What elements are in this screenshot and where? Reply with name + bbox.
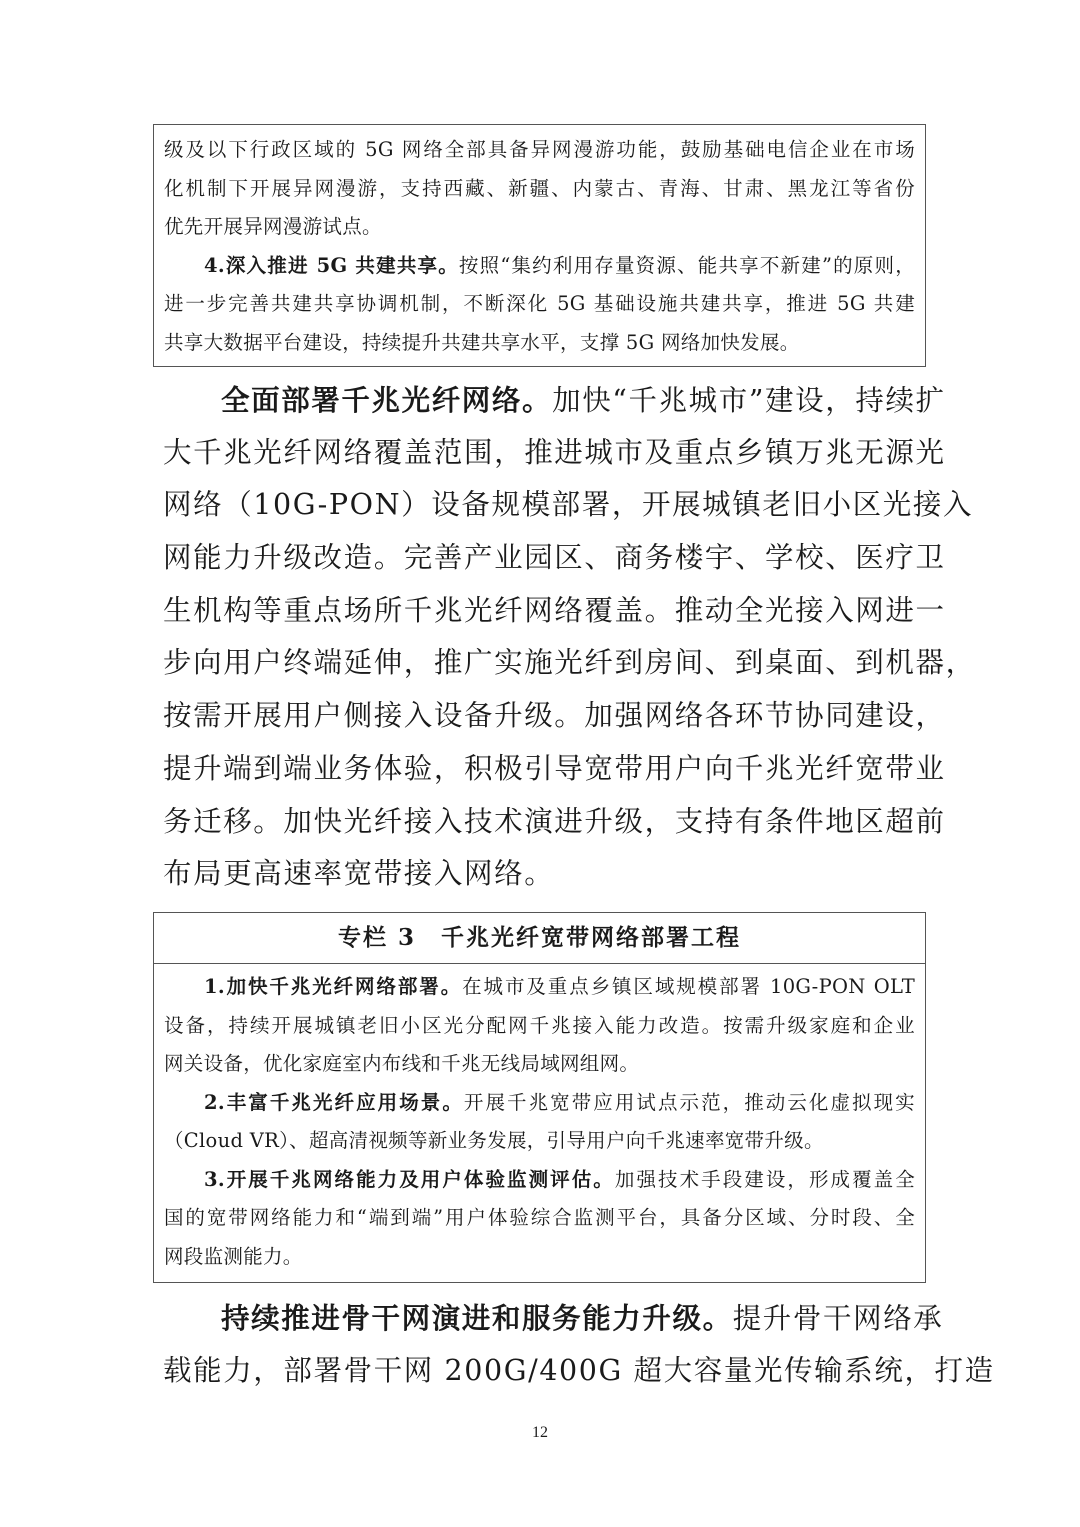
box-item-4-line: 4.深入推进 5G 共建共享。按照“集约利用存量资源、能共享不新建”的原则， bbox=[164, 247, 915, 286]
paragraph-line: 步向用户终端延伸，推广实施光纤到房间、到桌面、到机器， bbox=[163, 637, 915, 690]
box-text-line: （Cloud VR）、超高清视频等新业务发展，引导用户向千兆速率宽带升级。 bbox=[164, 1122, 915, 1161]
paragraph-line: 大千兆光纤网络覆盖范围，推进城市及重点乡镇万兆无源光 bbox=[163, 427, 915, 480]
paragraph-heading: 持续推进骨干网演进和服务能力升级。 bbox=[221, 1301, 733, 1335]
box-text-line: 设备，持续开展城镇老旧小区光分配网千兆接入能力改造。按需升级家庭和企业 bbox=[164, 1007, 915, 1046]
column-box-continued: 级及以下行政区域的 5G 网络全部具备异网漫游功能，鼓励基础电信企业在市场 化机… bbox=[153, 124, 926, 367]
column-body: 1.加快千兆光纤网络部署。在城市及重点乡镇区域规模部署 10G-PON OLT … bbox=[154, 964, 925, 1276]
paragraph-line: 生机构等重点场所千兆光纤网络覆盖。推动全光接入网进一 bbox=[163, 585, 915, 638]
column-item-text: 在城市及重点乡镇区域规模部署 10G-PON OLT bbox=[462, 975, 915, 998]
paragraph-line: 载能力，部署骨干网 200G/400G 超大容量光传输系统，打造 bbox=[163, 1345, 915, 1398]
box-text-line: 进一步完善共建共享协调机制，不断深化 5G 基础设施共建共享，推进 5G 共建 bbox=[164, 285, 915, 324]
column-item-1-title: 1.加快千兆光纤网络部署。 bbox=[204, 975, 462, 998]
paragraph-gigabit-fiber: 全面部署千兆光纤网络。加快“千兆城市”建设，持续扩 大千兆光纤网络覆盖范围，推进… bbox=[163, 374, 915, 901]
paragraph-heading: 全面部署千兆光纤网络。 bbox=[221, 383, 552, 417]
page-number: 12 bbox=[0, 1424, 1080, 1442]
paragraph-line: 提升端到端业务体验，积极引导宽带用户向千兆光纤宽带业 bbox=[163, 743, 915, 796]
column-item-3-line: 3.开展千兆网络能力及用户体验监测评估。加强技术手段建设，形成覆盖全 bbox=[164, 1161, 915, 1200]
paragraph-line: 持续推进骨干网演进和服务能力升级。提升骨干网络承 bbox=[163, 1292, 915, 1345]
box-text-line: 网关设备，优化家庭室内布线和千兆无线局域网组网。 bbox=[164, 1045, 915, 1084]
paragraph-backbone: 持续推进骨干网演进和服务能力升级。提升骨干网络承 载能力，部署骨干网 200G/… bbox=[163, 1292, 915, 1397]
column-item-1-line: 1.加快千兆光纤网络部署。在城市及重点乡镇区域规模部署 10G-PON OLT bbox=[164, 968, 915, 1007]
column-item-2-line: 2.丰富千兆光纤应用场景。开展千兆宽带应用试点示范，推动云化虚拟现实 bbox=[164, 1084, 915, 1123]
column-item-text: 开展千兆宽带应用试点示范，推动云化虚拟现实 bbox=[464, 1091, 915, 1114]
box-text-line: 共享大数据平台建设，持续提升共建共享水平，支撑 5G 网络加快发展。 bbox=[164, 324, 915, 363]
box-item-4-text: 按照“集约利用存量资源、能共享不新建”的原则， bbox=[459, 254, 915, 277]
paragraph-text: 提升骨干网络承 bbox=[733, 1302, 944, 1335]
column-item-text: 加强技术手段建设，形成覆盖全 bbox=[615, 1168, 915, 1191]
box-text-line: 化机制下开展异网漫游，支持西藏、新疆、内蒙古、青海、甘肃、黑龙江等省份 bbox=[164, 170, 915, 209]
column-item-2-title: 2.丰富千兆光纤应用场景。 bbox=[204, 1091, 464, 1114]
paragraph-line: 务迁移。加快光纤接入技术演进升级，支持有条件地区超前 bbox=[163, 796, 915, 849]
column-heading: 专栏 3 千兆光纤宽带网络部署工程 bbox=[154, 913, 925, 964]
paragraph-line: 网络（10G-PON）设备规模部署，开展城镇老旧小区光接入 bbox=[163, 479, 915, 532]
paragraph-line: 布局更高速率宽带接入网络。 bbox=[163, 848, 915, 901]
column-item-3-title: 3.开展千兆网络能力及用户体验监测评估。 bbox=[204, 1168, 615, 1191]
paragraph-line: 网能力升级改造。完善产业园区、商务楼宇、学校、医疗卫 bbox=[163, 532, 915, 585]
box-item-4-title: 4.深入推进 5G 共建共享。 bbox=[204, 254, 459, 277]
paragraph-line: 按需开展用户侧接入设备升级。加强网络各环节协同建设， bbox=[163, 690, 915, 743]
column-box-3: 专栏 3 千兆光纤宽带网络部署工程 1.加快千兆光纤网络部署。在城市及重点乡镇区… bbox=[153, 912, 926, 1283]
box-text-line: 级及以下行政区域的 5G 网络全部具备异网漫游功能，鼓励基础电信企业在市场 bbox=[164, 131, 915, 170]
box-text-line: 优先开展异网漫游试点。 bbox=[164, 208, 915, 247]
box-text-line: 网段监测能力。 bbox=[164, 1238, 915, 1277]
paragraph-line: 全面部署千兆光纤网络。加快“千兆城市”建设，持续扩 bbox=[163, 374, 915, 427]
paragraph-text: 加快“千兆城市”建设，持续扩 bbox=[552, 384, 946, 417]
box-text-line: 国的宽带网络能力和“端到端”用户体验综合监测平台，具备分区域、分时段、全 bbox=[164, 1199, 915, 1238]
